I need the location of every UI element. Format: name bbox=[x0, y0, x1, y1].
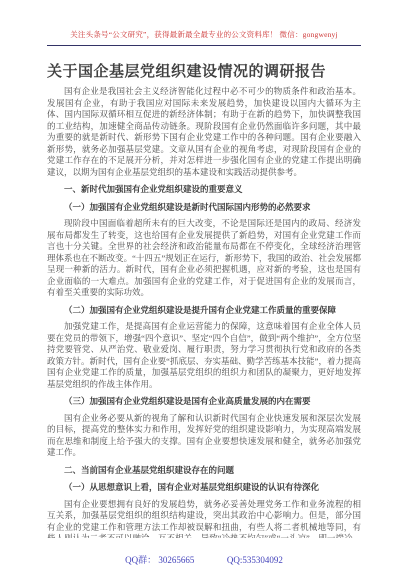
document-body: 国有企业是我国社会主义经济智能化过程中必不可少的物质条件和政治基本。发展国有企业… bbox=[47, 86, 361, 538]
subsection-heading-1-1: （一）加强国有企业党组织建设是新时代国际国内形势的必然要求 bbox=[47, 202, 361, 214]
section-heading-1: 一、新时代加强国有企业党组织建设的重要意义 bbox=[47, 184, 361, 196]
page-title: 关于国企基层党组织建设情况的调研报告 bbox=[47, 60, 367, 81]
footer-contact: QQ群： 30265665 QQ:535304092 bbox=[0, 553, 408, 566]
header-notice: 关注头条号“公文研究”，获得最新最全最专业的公文资料库！ 微信：gongweny… bbox=[70, 30, 338, 39]
subsection-heading-1-2: （二）加强国有企业党组织建设是提升国有企业党建工作质量的重要保障 bbox=[47, 305, 361, 317]
paragraph-1-1: 现阶段中国面临着超所未有的巨大改变，不论是国际还是国内的政局、经济发展布局都发生… bbox=[47, 218, 361, 299]
header-band: 关注头条号“公文研究”，获得最新最全最专业的公文资料库！ 微信：gongweny… bbox=[47, 24, 361, 46]
paragraph-intro: 国有企业是我国社会主义经济智能化过程中必不可少的物质条件和政治基本。发展国有企业… bbox=[47, 86, 361, 178]
document-page: 关注头条号“公文研究”，获得最新最全最专业的公文资料库！ 微信：gongweny… bbox=[0, 0, 408, 580]
paragraph-1-2: 加强党建工作，是提高国有企业运营能力的保障，这意味着国有企业全体人员要在党员的带… bbox=[47, 321, 361, 390]
subsection-heading-1-3: （三）加强国有企业党组织建设是国有企业高质量发展的内在需要 bbox=[47, 396, 361, 408]
paragraph-2-1: 国有企业要想拥有良好的发展趋势，就务必妥善处理党务工作和业务流程的相互关系，加强… bbox=[47, 499, 361, 539]
qq-group-label: QQ群： 30265665 bbox=[125, 553, 194, 566]
section-heading-2: 二、当前国有企业基层党组织建设存在的问题 bbox=[47, 465, 361, 477]
subsection-heading-2-1: （一）从思想意识上看，国有企业对基层党组织建设的认识有待深化 bbox=[47, 482, 361, 494]
paragraph-1-3: 国有企业务必要从新的视角了解和认识新时代国有企业快速发展和深层次发展的目标，提高… bbox=[47, 413, 361, 459]
qq-label: QQ:535304092 bbox=[227, 555, 283, 565]
